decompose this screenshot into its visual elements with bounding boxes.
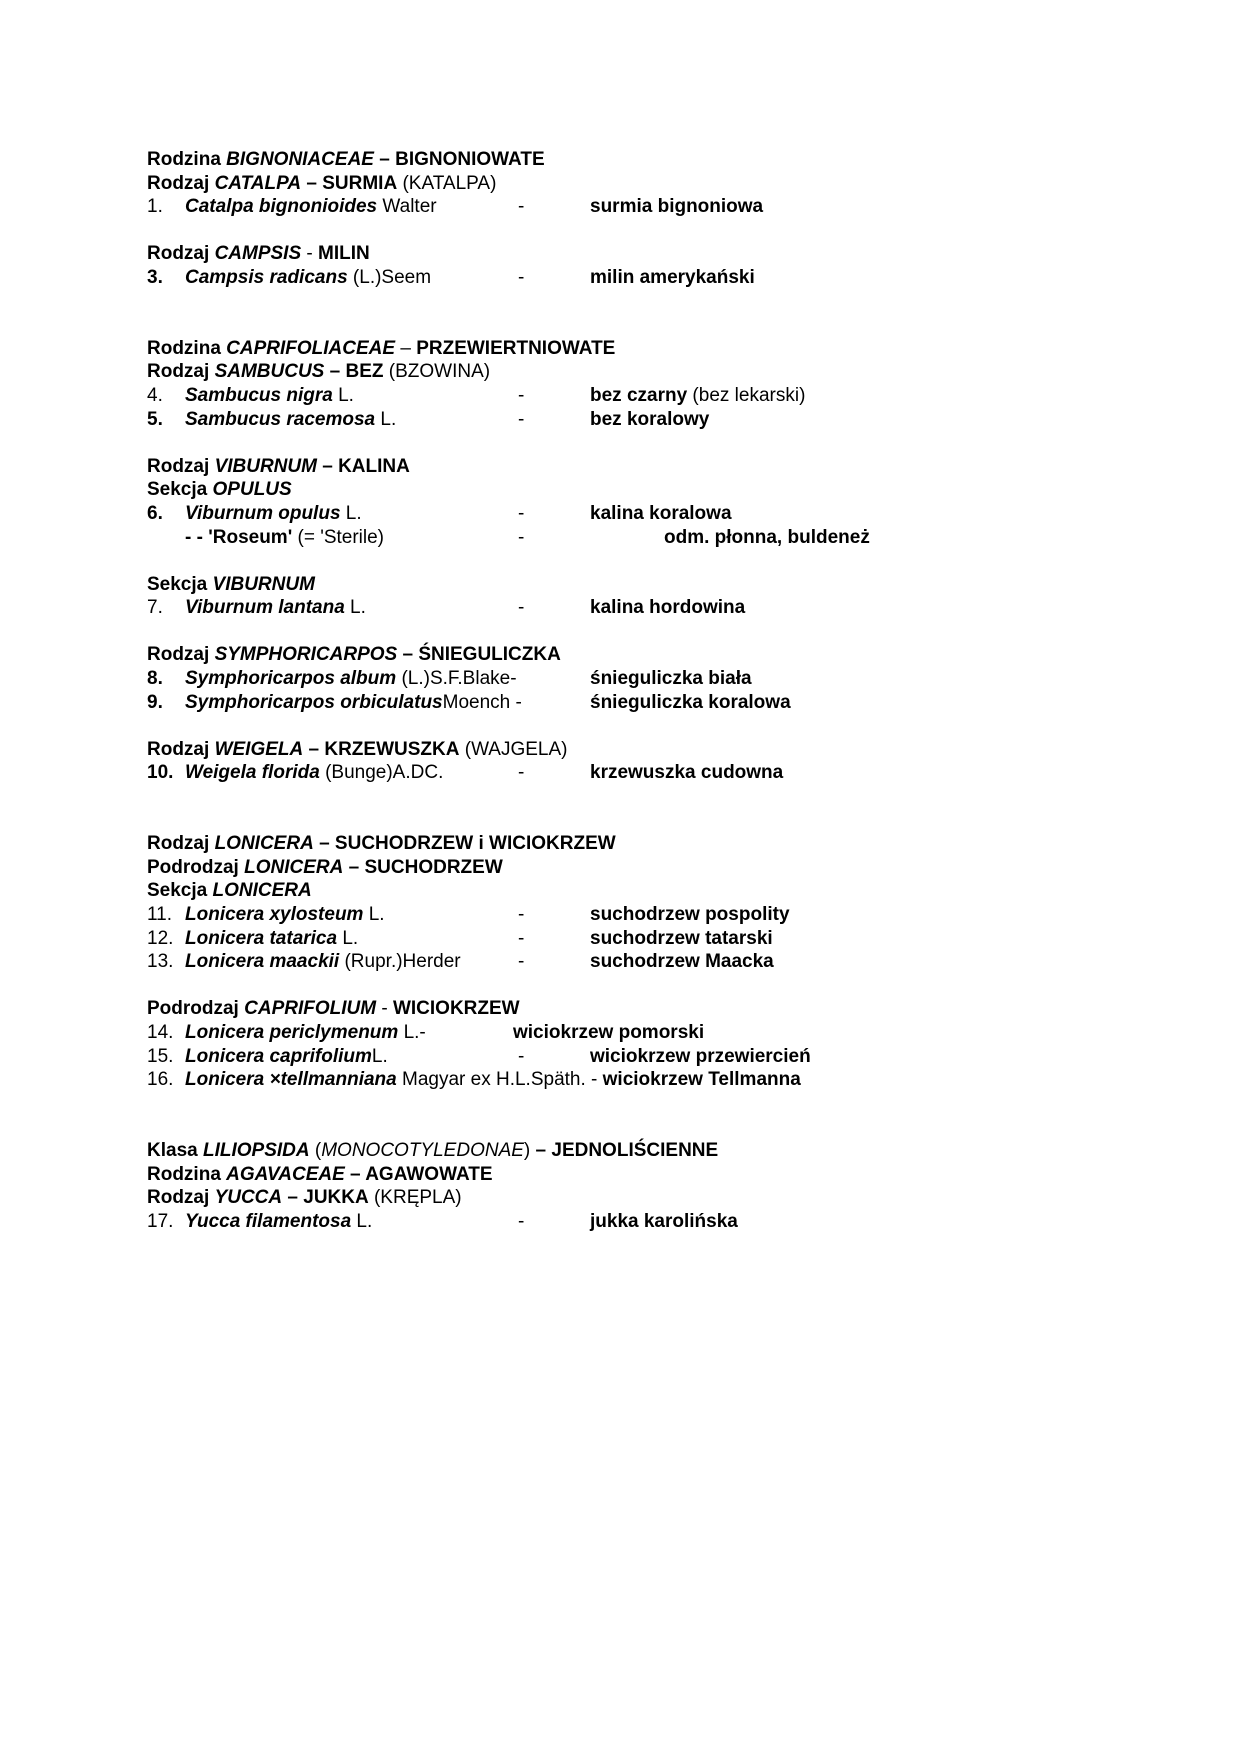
rank-label: Sekcja — [147, 479, 207, 500]
scientific-name: Catalpa bignonioides Walter — [185, 195, 437, 219]
rank-label: Rodzaj — [147, 833, 209, 854]
polish-name: krzewuszka cudowna — [590, 761, 783, 785]
scientific-name: Symphoricarpos album (L.)S.F.Blake- — [185, 667, 517, 691]
separator: – — [343, 857, 364, 878]
polish-name: BEZ — [345, 361, 383, 382]
polish-name: MILIN — [318, 243, 370, 264]
polish-name: wiciokrzew pomorski — [513, 1021, 704, 1045]
polish-name: kalina koralowa — [590, 502, 732, 526]
species-number: 8. — [147, 667, 163, 691]
polish-name: AGAWOWATE — [365, 1164, 492, 1185]
class-heading: Klasa LILIOPSIDA (MONOCOTYLEDONAE) – JED… — [147, 1139, 1147, 1163]
species-row: 5. Sambucus racemosa L. - bez koralowy — [147, 408, 1147, 432]
separator: – — [397, 644, 418, 665]
cultivar-row: - - 'Roseum' (= 'Sterile) - odm. płonna,… — [147, 526, 1147, 550]
dash: - — [518, 1045, 524, 1069]
scientific-name: Lonicera xylosteum L. — [185, 903, 385, 927]
rank-label: Rodzina — [147, 149, 221, 170]
latin-name: Sambucus racemosa — [185, 409, 375, 430]
latin-name: LONICERA — [213, 880, 312, 901]
dash: - — [518, 195, 524, 219]
author: Walter — [377, 196, 436, 217]
polish-name: bez czarny (bez lekarski) — [590, 384, 805, 408]
polish-name: BIGNONIOWATE — [395, 149, 545, 170]
latin-name: CATALPA — [215, 173, 302, 194]
polish-name: SUCHODRZEW — [364, 857, 502, 878]
dash: - — [518, 950, 524, 974]
latin-name: Symphoricarpos orbiculatus — [185, 692, 443, 713]
rank-label: Rodzina — [147, 1164, 221, 1185]
polish-name: WICIOKRZEW — [393, 998, 520, 1019]
separator: – — [374, 149, 395, 170]
latin-name: LONICERA — [215, 833, 314, 854]
separator: – — [282, 1187, 303, 1208]
latin-name: CAPRIFOLIUM — [244, 998, 376, 1019]
rank-label: Rodzaj — [147, 173, 209, 194]
rank-label: Rodzaj — [147, 243, 209, 264]
polish-name: śnieguliczka koralowa — [590, 691, 791, 715]
latin-name: Weigela florida — [185, 762, 320, 783]
species-number: 11. — [147, 903, 172, 927]
author: (Rupr.)Herder — [339, 951, 460, 972]
genus-heading: Rodzaj CAMPSIS - MILIN — [147, 242, 1147, 266]
genus-heading: Rodzaj SAMBUCUS – BEZ (BZOWINA) — [147, 360, 1147, 384]
latin-name: CAMPSIS — [215, 243, 302, 264]
separator: – — [530, 1140, 551, 1161]
document-page: Rodzina BIGNONIACEAE – BIGNONIOWATE Rodz… — [147, 148, 1147, 1233]
species-row: 13. Lonicera maackii (Rupr.)Herder - suc… — [147, 950, 1147, 974]
cultivar-label: 'Roseum' — [208, 527, 292, 548]
polish-name: śnieguliczka biała — [590, 667, 752, 691]
dash: - — [518, 526, 524, 550]
author: Magyar ex H.L.Späth. - — [397, 1069, 603, 1090]
author: (L.)S.F.Blake- — [396, 668, 516, 689]
genus-heading: Rodzaj SYMPHORICARPOS – ŚNIEGULICZKA — [147, 643, 1147, 667]
latin-name: Campsis radicans — [185, 267, 348, 288]
species-row: 17. Yucca filamentosa L. - jukka karoliń… — [147, 1210, 1147, 1234]
cultivar-synonym: (= 'Sterile) — [292, 527, 384, 548]
species-number: 17. — [147, 1210, 173, 1234]
polish-name: milin amerykański — [590, 266, 755, 290]
latin-name: Viburnum lantana — [185, 597, 345, 618]
rank-label: Rodzaj — [147, 361, 209, 382]
author: (Bunge)A.DC. — [320, 762, 444, 783]
separator: – — [324, 361, 345, 382]
latin-name: VIBURNUM — [213, 574, 315, 595]
species-number: 4. — [147, 384, 163, 408]
latin-synonym: MONOCOTYLEDONAE — [321, 1140, 524, 1161]
dash: - — [518, 761, 524, 785]
scientific-name: Campsis radicans (L.)Seem — [185, 266, 431, 290]
latin-name: Yucca filamentosa — [185, 1211, 351, 1232]
polish-name: KRZEWUSZKA — [324, 739, 459, 760]
latin-name: CAPRIFOLIACEAE — [226, 338, 395, 359]
separator: – — [395, 338, 416, 359]
dash: - — [518, 266, 524, 290]
rank-label: Rodzaj — [147, 456, 209, 477]
polish-name: JEDNOLIŚCIENNE — [551, 1140, 718, 1161]
family-heading: Rodzina AGAVACEAE – AGAWOWATE — [147, 1163, 1147, 1187]
species-row: 12. Lonicera tatarica L. - suchodrzew ta… — [147, 927, 1147, 951]
separator: – — [314, 833, 335, 854]
scientific-name: Yucca filamentosa L. — [185, 1210, 372, 1234]
polish-name: PRZEWIERTNIOWATE — [416, 338, 615, 359]
species-number: 7. — [147, 596, 163, 620]
latin-name: Lonicera caprifolium — [185, 1046, 372, 1067]
species-number: 16. — [147, 1068, 173, 1092]
polish-alt-name: (KATALPA) — [397, 173, 496, 194]
genus-heading: Rodzaj YUCCA – JUKKA (KRĘPLA) — [147, 1186, 1147, 1210]
polish-name: wiciokrzew Tellmanna — [603, 1069, 801, 1090]
author: L. — [337, 928, 358, 949]
author: L. — [345, 597, 366, 618]
species-row: 15. Lonicera caprifoliumL. - wiciokrzew … — [147, 1045, 1147, 1069]
species-number: 10. — [147, 761, 173, 785]
scientific-name: Viburnum lantana L. — [185, 596, 366, 620]
genus-heading: Rodzaj LONICERA – SUCHODRZEW i WICIOKRZE… — [147, 832, 1147, 856]
genus-heading: Rodzaj VIBURNUM – KALINA — [147, 455, 1147, 479]
species-number: 5. — [147, 408, 163, 432]
latin-name: VIBURNUM — [215, 456, 317, 477]
author: L.- — [398, 1022, 425, 1043]
species-row: 8. Symphoricarpos album (L.)S.F.Blake- ś… — [147, 667, 1147, 691]
latin-name: WEIGELA — [215, 739, 304, 760]
polish-name: KALINA — [338, 456, 410, 477]
latin-name: SAMBUCUS — [215, 361, 325, 382]
rank-label: Klasa — [147, 1140, 198, 1161]
rank-label: Rodzaj — [147, 739, 209, 760]
polish-alt-name: (bez lekarski) — [687, 385, 805, 406]
polish-name-main: bez czarny — [590, 385, 687, 406]
scientific-name: Sambucus racemosa L. — [185, 408, 396, 432]
latin-name: Lonicera periclymenum — [185, 1022, 398, 1043]
polish-name: suchodrzew pospolity — [590, 903, 790, 927]
species-number: 14. — [147, 1021, 173, 1045]
polish-name: suchodrzew Maacka — [590, 950, 774, 974]
polish-name: odm. płonna, buldeneż — [664, 526, 870, 550]
latin-name: SYMPHORICARPOS — [215, 644, 398, 665]
rank-label: Podrodzaj — [147, 998, 239, 1019]
rank-label: Rodzina — [147, 338, 221, 359]
rank-label: Rodzaj — [147, 644, 209, 665]
species-row: 4. Sambucus nigra L. - bez czarny (bez l… — [147, 384, 1147, 408]
family-heading: Rodzina CAPRIFOLIACEAE – PRZEWIERTNIOWAT… — [147, 337, 1147, 361]
separator: - — [301, 243, 318, 264]
polish-name: SURMIA — [322, 173, 397, 194]
polish-name: JUKKA — [303, 1187, 368, 1208]
species-number: 9. — [147, 691, 163, 715]
separator: – — [345, 1164, 365, 1185]
genus-heading: Rodzaj CATALPA – SURMIA (KATALPA) — [147, 172, 1147, 196]
scientific-name: Sambucus nigra L. — [185, 384, 354, 408]
species-row: 3. Campsis radicans (L.)Seem - milin ame… — [147, 266, 1147, 290]
separator: – — [303, 739, 324, 760]
species-row: 10. Weigela florida (Bunge)A.DC. - krzew… — [147, 761, 1147, 785]
rank-label: Rodzaj — [147, 1187, 209, 1208]
author: L. — [333, 385, 354, 406]
latin-name: Catalpa bignonioides — [185, 196, 377, 217]
polish-name: wiciokrzew przewiercień — [590, 1045, 811, 1069]
separator: – — [301, 173, 322, 194]
author: (L.)Seem — [348, 267, 431, 288]
latin-name: Lonicera xylosteum — [185, 904, 363, 925]
species-row: 11. Lonicera xylosteum L. - suchodrzew p… — [147, 903, 1147, 927]
latin-name: BIGNONIACEAE — [226, 149, 374, 170]
latin-name: LONICERA — [244, 857, 343, 878]
dash: - — [518, 502, 524, 526]
rank-label: Sekcja — [147, 880, 207, 901]
dash: - — [518, 903, 524, 927]
subgenus-heading: Podrodzaj LONICERA – SUCHODRZEW — [147, 856, 1147, 880]
species-number: 15. — [147, 1045, 173, 1069]
subgenus-heading: Podrodzaj CAPRIFOLIUM - WICIOKRZEW — [147, 997, 1147, 1021]
polish-name: surmia bignoniowa — [590, 195, 763, 219]
cultivar-prefix: - - — [185, 527, 208, 548]
latin-name: Sambucus nigra — [185, 385, 333, 406]
latin-name: Viburnum opulus — [185, 503, 341, 524]
polish-alt-name: (WAJGELA) — [459, 739, 567, 760]
polish-name: suchodrzew tatarski — [590, 927, 773, 951]
species-number: 12. — [147, 927, 173, 951]
author: L. — [351, 1211, 372, 1232]
rank-label: Podrodzaj — [147, 857, 239, 878]
scientific-name: Lonicera periclymenum L.- — [185, 1021, 426, 1045]
scientific-name: Lonicera ×tellmanniana Magyar ex H.L.Spä… — [185, 1068, 801, 1092]
polish-alt-name: (BZOWINA) — [383, 361, 490, 382]
author: L. — [375, 409, 396, 430]
dash: - — [518, 1210, 524, 1234]
scientific-name: Lonicera tatarica L. — [185, 927, 358, 951]
author: L. — [341, 503, 362, 524]
author: Moench - — [443, 692, 522, 713]
latin-name: YUCCA — [215, 1187, 283, 1208]
species-row: 1. Catalpa bignonioides Walter - surmia … — [147, 195, 1147, 219]
latin-name: Lonicera maackii — [185, 951, 339, 972]
polish-name: jukka karolińska — [590, 1210, 738, 1234]
latin-name: AGAVACEAE — [226, 1164, 345, 1185]
scientific-name: Weigela florida (Bunge)A.DC. — [185, 761, 443, 785]
polish-name: SUCHODRZEW i WICIOKRZEW — [335, 833, 616, 854]
species-row: 6. Viburnum opulus L. - kalina koralowa — [147, 502, 1147, 526]
species-row: 16. Lonicera ×tellmanniana Magyar ex H.L… — [147, 1068, 1147, 1092]
latin-name: OPULUS — [213, 479, 292, 500]
separator: – — [317, 456, 338, 477]
species-row: 9. Symphoricarpos orbiculatusMoench - śn… — [147, 691, 1147, 715]
section-heading: Sekcja LONICERA — [147, 879, 1147, 903]
polish-name: kalina hordowina — [590, 596, 745, 620]
species-number: 13. — [147, 950, 173, 974]
section-heading: Sekcja OPULUS — [147, 478, 1147, 502]
rank-label: Sekcja — [147, 574, 207, 595]
genus-heading: Rodzaj WEIGELA – KRZEWUSZKA (WAJGELA) — [147, 738, 1147, 762]
species-row: 14. Lonicera periclymenum L.- wiciokrzew… — [147, 1021, 1147, 1045]
species-number: 3. — [147, 266, 163, 290]
family-heading: Rodzina BIGNONIACEAE – BIGNONIOWATE — [147, 148, 1147, 172]
species-row: 7. Viburnum lantana L. - kalina hordowin… — [147, 596, 1147, 620]
species-number: 6. — [147, 502, 163, 526]
author: L. — [363, 904, 384, 925]
latin-name: Lonicera tatarica — [185, 928, 337, 949]
polish-alt-name: (KRĘPLA) — [369, 1187, 462, 1208]
species-number: 1. — [147, 195, 163, 219]
latin-name: LILIOPSIDA — [203, 1140, 310, 1161]
dash: - — [518, 596, 524, 620]
dash: - — [518, 384, 524, 408]
section-heading: Sekcja VIBURNUM — [147, 573, 1147, 597]
polish-name: ŚNIEGULICZKA — [418, 644, 561, 665]
scientific-name: Lonicera caprifoliumL. — [185, 1045, 388, 1069]
cultivar-name: - - 'Roseum' (= 'Sterile) — [185, 526, 384, 550]
dash: - — [518, 408, 524, 432]
scientific-name: Viburnum opulus L. — [185, 502, 362, 526]
author: L. — [372, 1046, 388, 1067]
polish-name: bez koralowy — [590, 408, 709, 432]
scientific-name: Symphoricarpos orbiculatusMoench - — [185, 691, 522, 715]
separator: - — [376, 998, 393, 1019]
dash: - — [518, 927, 524, 951]
latin-name: Symphoricarpos album — [185, 668, 396, 689]
latin-name: Lonicera ×tellmanniana — [185, 1069, 397, 1090]
scientific-name: Lonicera maackii (Rupr.)Herder — [185, 950, 461, 974]
